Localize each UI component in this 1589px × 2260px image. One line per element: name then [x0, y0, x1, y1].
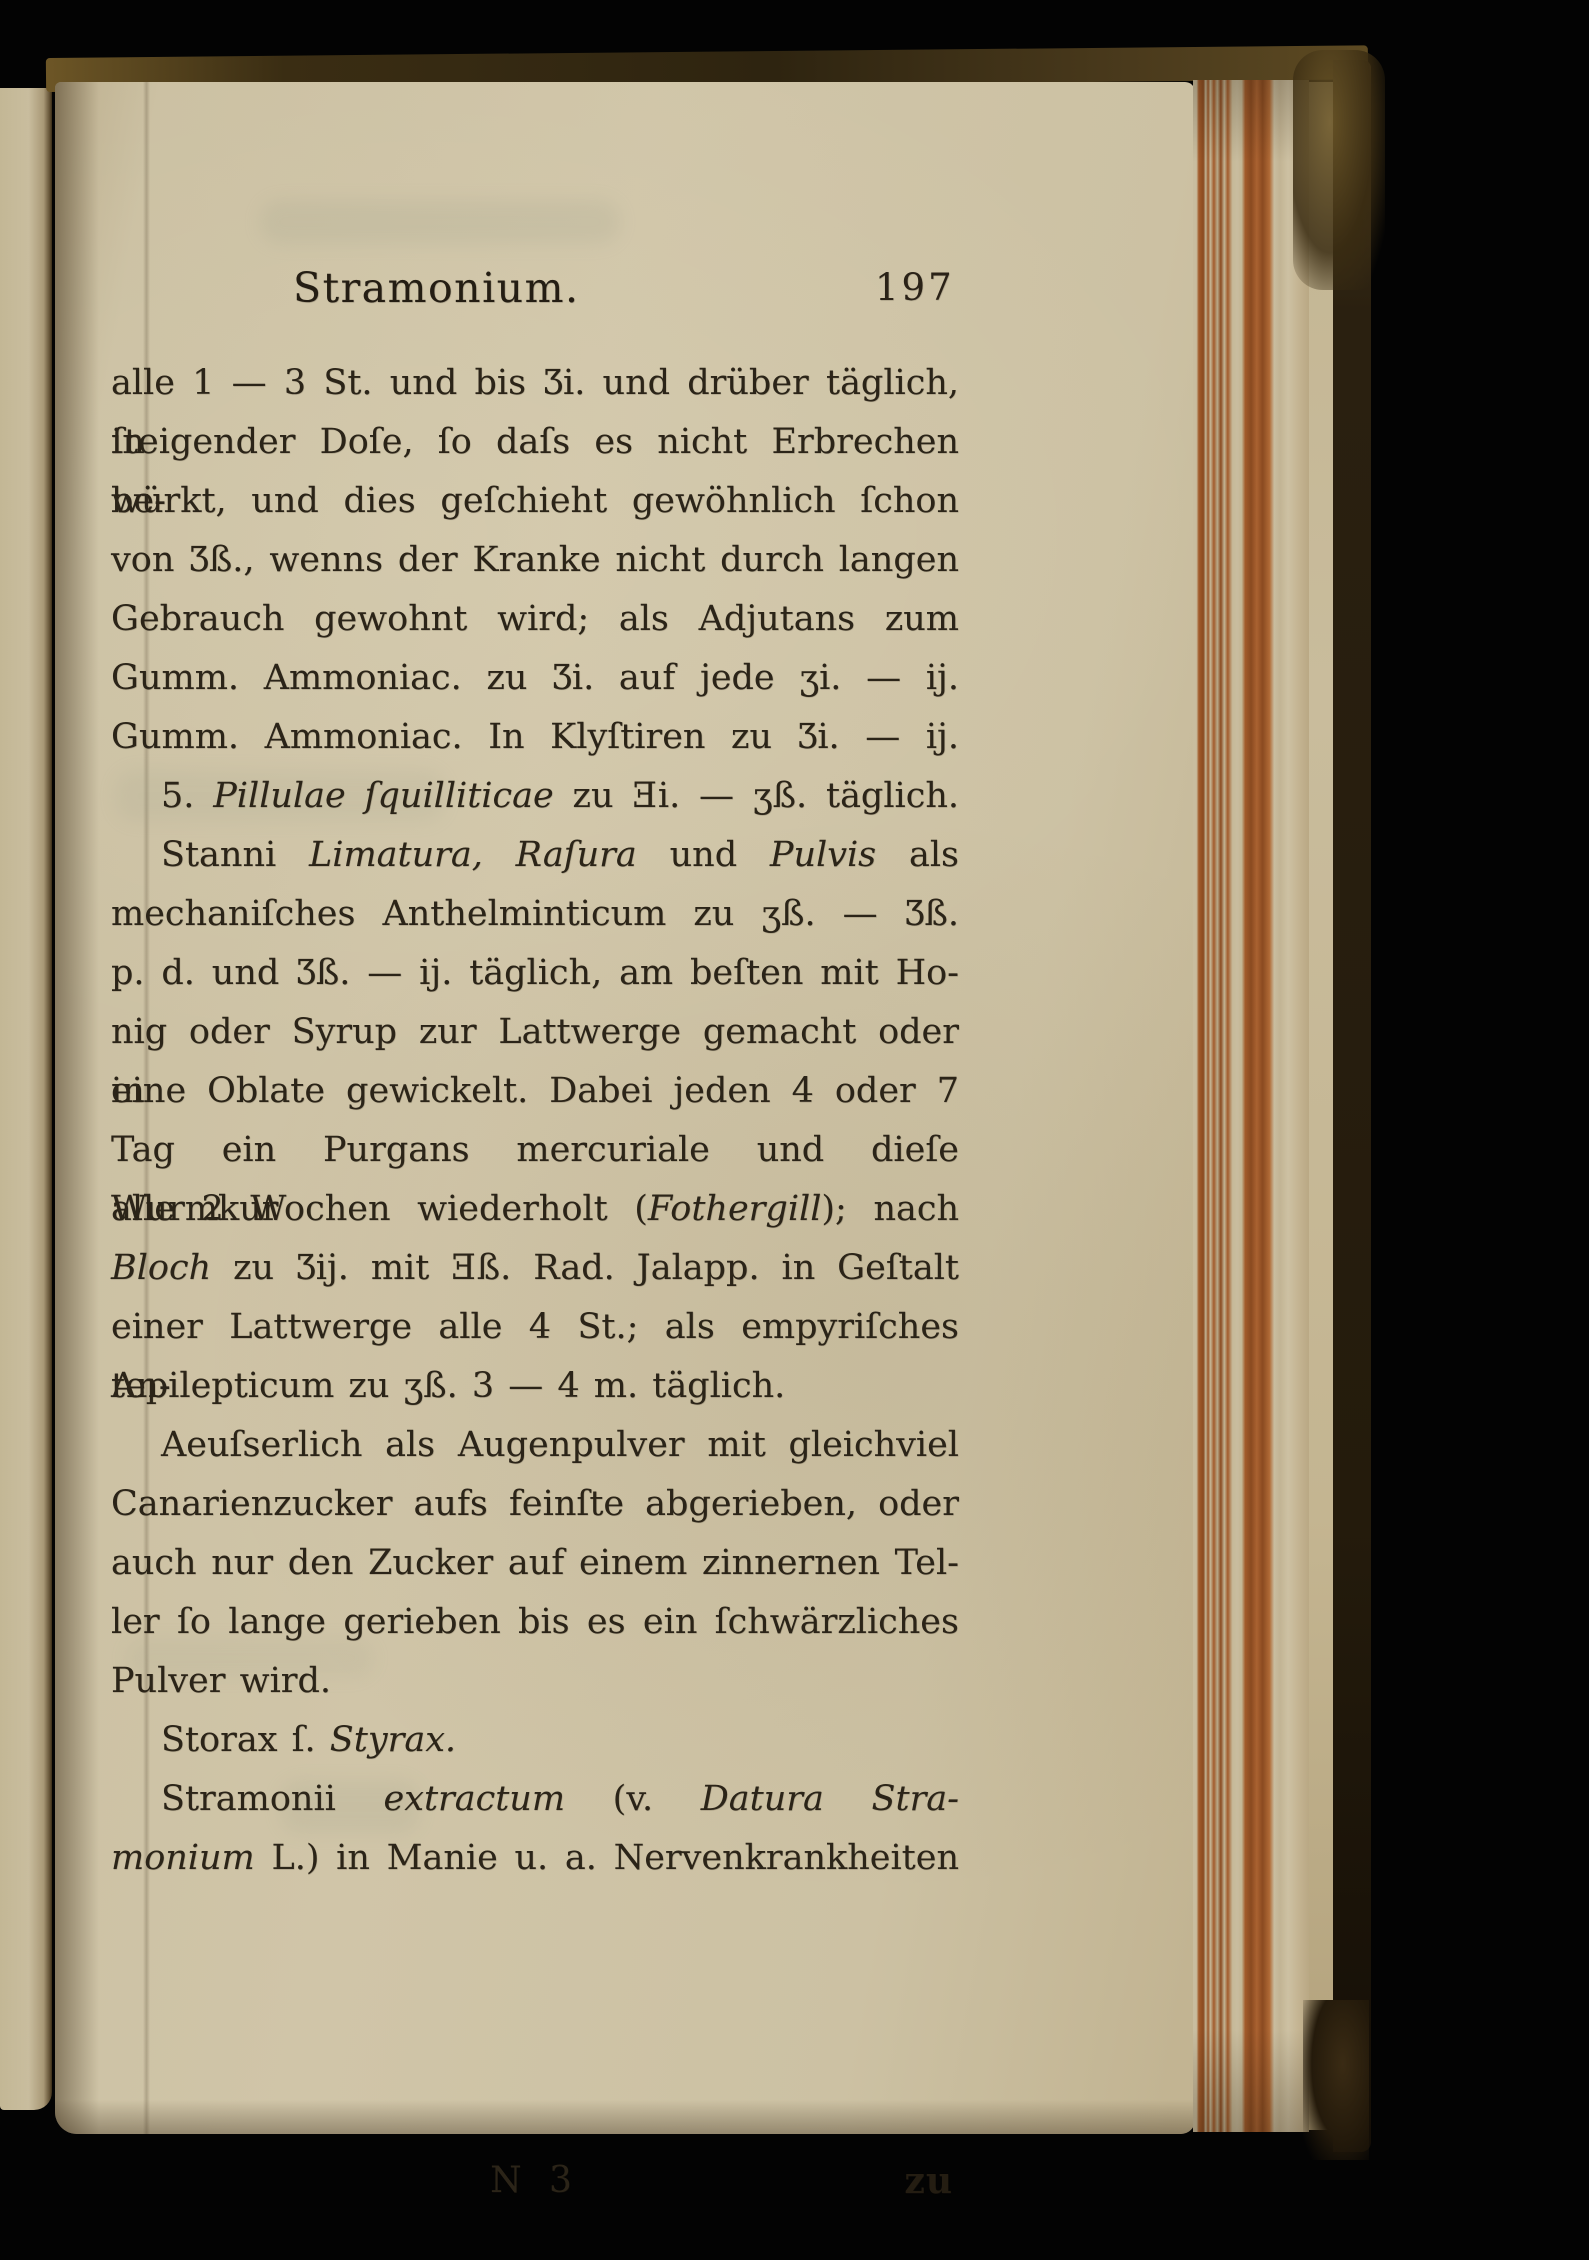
- cover-corner-wear: [1293, 50, 1385, 290]
- text-segment: 5.: [161, 776, 213, 816]
- text-line: Aeuſserlich als Augenpulver mit gleichvi…: [111, 1416, 959, 1475]
- text-segment: würkt, und dies geſchieht gewöhnlich ſch…: [111, 481, 959, 521]
- page-title: Stramonium.: [293, 264, 580, 312]
- text-segment-italic: extractum: [384, 1779, 566, 1819]
- text-line: Gumm. Ammoniac. In Klyſtiren zu Ʒi. — ij…: [111, 708, 959, 767]
- text-line: Tag ein Purgans mercuriale und dieſe Wur…: [111, 1121, 959, 1180]
- text-line: ler ſo lange gerieben bis es ein ſchwärz…: [111, 1593, 959, 1652]
- text-segment: zu Ʒij. mit Ǝß. Rad. Jalapp. in Geſtalt: [211, 1248, 959, 1288]
- text-line: eine Oblate gewickelt. Dabei jeden 4 ode…: [111, 1062, 959, 1121]
- text-line: Canarienzucker aufs feinſte abgerieben, …: [111, 1475, 959, 1534]
- text-line: Pulver wird.: [111, 1652, 959, 1711]
- text-segment: alle 2 Wochen wiederholt (: [111, 1189, 648, 1229]
- text-line: nig oder Syrup zur Lattwerge gemacht ode…: [111, 1003, 959, 1062]
- book-scan: Stramonium. 197 alle 1 — 3 St. und bis Ʒ…: [0, 0, 1589, 2260]
- text-segment-italic: Limatura, Raſura: [309, 835, 637, 875]
- text-segment-italic: Pillulae ſquilliticae: [213, 776, 553, 816]
- text-segment: (v.: [565, 1779, 701, 1819]
- text-segment-italic: monium: [111, 1838, 255, 1878]
- show-through-smudge: [260, 200, 620, 244]
- text-line: von Ʒß., wenns der Kranke nicht durch la…: [111, 531, 959, 590]
- text-line: auch nur den Zucker auf einem zinnernen …: [111, 1534, 959, 1593]
- text-segment: mechaniſches Anthelminticum zu ʒß. — Ʒß.: [111, 894, 959, 934]
- text-segment-italic: Pulvis: [770, 835, 876, 875]
- fore-edge-paper: [1309, 82, 1335, 2130]
- text-segment-italic: Fothergill: [648, 1189, 821, 1229]
- text-line: Gebrauch gewohnt wird; als Adjutans zum: [111, 590, 959, 649]
- text-line: p. d. und Ʒß. — ij. täglich, am beſten m…: [111, 944, 959, 1003]
- facing-page-edge: [0, 88, 52, 2110]
- text-line: Stramonii extractum (v. Datura Stra-: [111, 1770, 959, 1829]
- text-segment: Gumm. Ammoniac. zu Ʒi. auf jede ʒi. — ij…: [111, 658, 959, 698]
- text-line: Stanni Limatura, Raſura und Pulvis als: [111, 826, 959, 885]
- text-segment: p. d. und Ʒß. — ij. täglich, am beſten m…: [111, 953, 959, 993]
- text-segment: eine Oblate gewickelt. Dabei jeden 4 ode…: [111, 1071, 959, 1111]
- text-segment: auch nur den Zucker auf einem zinnernen …: [111, 1543, 959, 1583]
- text-segment: von Ʒß., wenns der Kranke nicht durch la…: [111, 540, 959, 580]
- text-line: tepilepticum zu ʒß. 3 — 4 m. täglich.: [111, 1357, 959, 1416]
- catchword: zu: [904, 2160, 953, 2202]
- signature-mark: N 3: [111, 2160, 959, 2201]
- text-segment: Gumm. Ammoniac. In Klyſtiren zu Ʒi. — ij…: [111, 717, 959, 757]
- text-segment: tepilepticum zu ʒß. 3 — 4 m. täglich.: [111, 1366, 785, 1406]
- text-line: einer Lattwerge alle 4 St.; als empyriſc…: [111, 1298, 959, 1357]
- text-segment: Storax ſ.: [161, 1720, 330, 1760]
- text-line: Gumm. Ammoniac. zu Ʒi. auf jede ʒi. — ij…: [111, 649, 959, 708]
- text-segment-italic: Datura Stra-: [701, 1779, 959, 1819]
- text-line: mechaniſches Anthelminticum zu ʒß. — Ʒß.: [111, 885, 959, 944]
- text-line: Storax ſ. Styrax.: [111, 1711, 959, 1770]
- text-line: ſteigender Doſe, ſo daſs es nicht Erbrec…: [111, 413, 959, 472]
- page-number: 197: [875, 266, 955, 309]
- text-segment: zu Ǝi. — ʒß. täglich.: [554, 776, 959, 816]
- text-segment: L.) in Manie u. a. Nervenkrankheiten: [255, 1838, 959, 1878]
- text-segment: als: [876, 835, 959, 875]
- text-segment: und: [637, 835, 770, 875]
- text-line: 5. Pillulae ſquilliticae zu Ǝi. — ʒß. tä…: [111, 767, 959, 826]
- text-segment-italic: Bloch: [111, 1248, 211, 1288]
- text-line: alle 1 — 3 St. und bis Ʒi. und drüber tä…: [111, 354, 959, 413]
- text-segment: Pulver wird.: [111, 1661, 331, 1701]
- text-segment: Aeuſserlich als Augenpulver mit gleichvi…: [161, 1425, 959, 1465]
- book-page: Stramonium. 197 alle 1 — 3 St. und bis Ʒ…: [55, 82, 1195, 2134]
- text-segment: Stanni: [161, 835, 309, 875]
- text-segment: Canarienzucker aufs feinſte abgerieben, …: [111, 1484, 959, 1524]
- cover-right-edge: [1333, 60, 1371, 2152]
- text-segment: Stramonii: [161, 1779, 384, 1819]
- fore-edge-pages: [1193, 80, 1309, 2132]
- text-line: monium L.) in Manie u. a. Nervenkrankhei…: [111, 1829, 959, 1888]
- text-line: würkt, und dies geſchieht gewöhnlich ſch…: [111, 472, 959, 531]
- text-block: alle 1 — 3 St. und bis Ʒi. und drüber tä…: [111, 354, 959, 1888]
- text-segment: ); nach: [821, 1189, 959, 1229]
- text-line: alle 2 Wochen wiederholt (Fothergill); n…: [111, 1180, 959, 1239]
- text-segment: ler ſo lange gerieben bis es ein ſchwärz…: [111, 1602, 959, 1642]
- text-segment-italic: Styrax.: [330, 1720, 456, 1760]
- text-segment: Gebrauch gewohnt wird; als Adjutans zum: [111, 599, 959, 639]
- signature-row: N 3 zu: [111, 2160, 959, 2219]
- text-line: Bloch zu Ʒij. mit Ǝß. Rad. Jalapp. in Ge…: [111, 1239, 959, 1298]
